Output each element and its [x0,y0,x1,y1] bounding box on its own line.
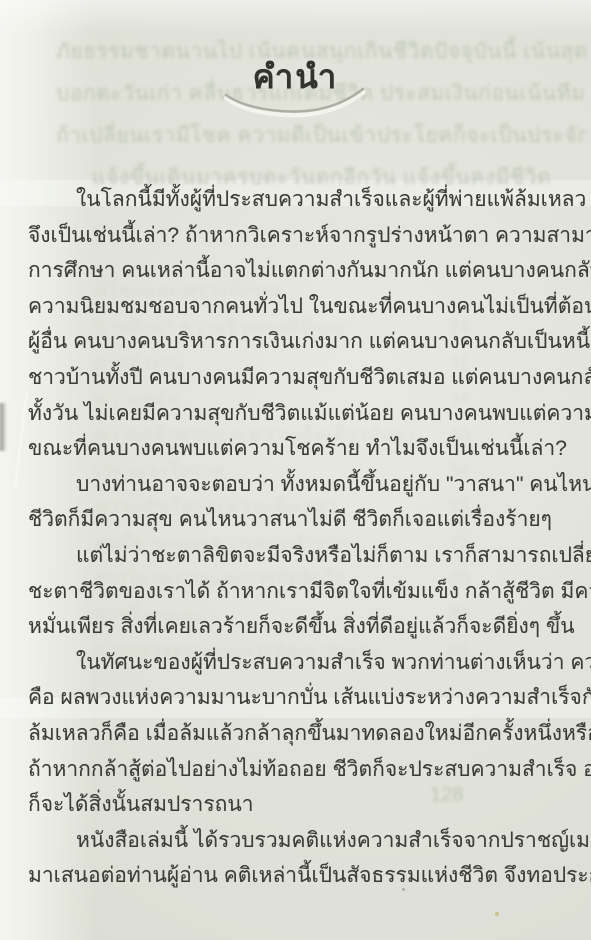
text-line: แต่ไม่ว่าชะตาลิขิตจะมีจริงหรือไม่ก็ตาม เ… [28,538,567,574]
text-line: ชาวบ้านทั้งปี คนบางคนมีความสุขกับชีวิตเส… [28,360,567,396]
text-line: ในทัศนะของผู้ที่ประสบความสำเร็จ พวกท่านต… [28,645,567,681]
text-line: หมั่นเพียร สิ่งที่เคยเลวร้ายก็จะดีขึ้น ส… [28,609,567,645]
text-line: ทั้งวัน ไม่เคยมีความสุขกับชีวิตแม้แต่น้อ… [28,396,567,432]
paper-speck [495,912,499,916]
text-line: ในโลกนี้มีทั้งผู้ที่ประสบความสำเร็จและผู… [28,182,567,218]
text-line: หนังสือเล่มนี้ ได้รวบรวมคติแห่งความสำเร็… [28,823,567,859]
text-line: มาเสนอต่อท่านผู้อ่าน คติเหล่านี้เป็นสัจธ… [28,858,567,894]
title-underline-arc [222,86,368,124]
text-line: ชะตาชีวิตของเราได้ ถ้าหากเรามีจิตใจที่เข… [28,574,567,610]
text-line: ผู้อื่น คนบางคนบริหารการเงินเก่งมาก แต่ค… [28,324,567,360]
text-line: ล้มเหลวก็คือ เมื่อล้มแล้วกล้าลุกขึ้นมาทด… [28,716,567,752]
text-line: บางท่านอาจจะตอบว่า ทั้งหมดนี้ขึ้นอยู่กับ… [28,467,567,503]
scan-scratch-mark [14,392,28,488]
chapter-header: คำนำ [0,0,591,103]
text-line: ชีวิตก็มีความสุข คนไหนวาสนาไม่ดี ชีวิตก็… [28,502,567,538]
text-line: ขณะที่คนบางคนพบแต่ความโชคร้าย ทำไมจึงเป็… [28,431,567,467]
text-line: การศึกษา คนเหล่านี้อาจไม่แตกต่างกันมากนั… [28,253,567,289]
text-line: จึงเป็นเช่นนี้เล่า? ถ้าหากวิเคราะห์จากรู… [28,218,567,254]
scanned-book-page: ภัยธรรมชาตนานไป เน้นคนสนุกเกินชีวิตปัจจุ… [0,0,591,940]
text-line: คือ ผลพวงแห่งความมานะบากบั่น เส้นแบ่งระห… [28,680,567,716]
text-line: ถ้าหากกล้าสู้ต่อไปอย่างไม่ท้อถอย ชีวิตก็… [28,752,567,788]
scan-gutter-smudge [0,403,7,451]
preface-body-text: ในโลกนี้มีทั้งผู้ที่ประสบความสำเร็จและผู… [28,182,567,894]
text-line: ความนิยมชมชอบจากคนทั่วไป ในขณะที่คนบางคน… [28,289,567,325]
text-line: ก็จะได้สิ่งนั้นสมปรารถนา [28,787,567,823]
